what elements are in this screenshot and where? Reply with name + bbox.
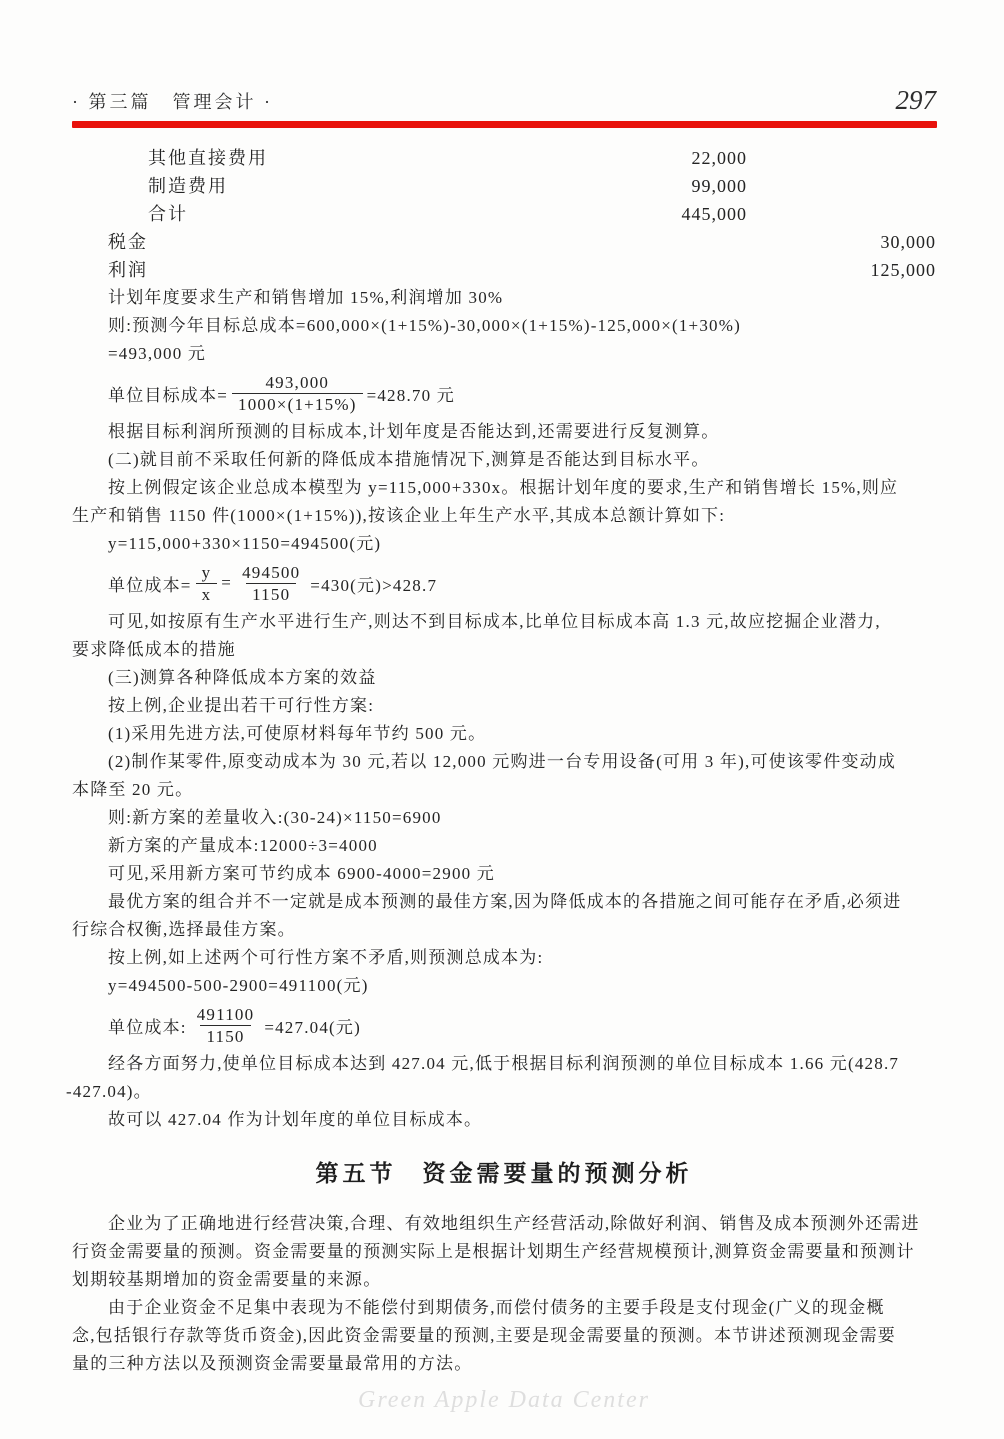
text-line: 要求降低成本的措施 bbox=[72, 636, 936, 664]
section-title: 资金需要量的预测分析 bbox=[423, 1161, 693, 1186]
formula-prefix: 单位成本: bbox=[108, 1013, 187, 1038]
text-line: (二)就目前不采取任何新的降低成本措施情况下,测算是否能达到目标水平。 bbox=[72, 446, 936, 474]
body-text: 计划年度要求生产和销售增加 15%,利润增加 30% 则:预测今年目标总成本=6… bbox=[72, 284, 936, 1134]
text-line: 念,包括银行存款等货币资金),因此资金需要量的预测,主要是现金需要量的预测。本节… bbox=[72, 1322, 936, 1350]
section-heading: 第五节资金需要量的预测分析 bbox=[72, 1156, 936, 1192]
table-row: 制造费用 99,000 bbox=[72, 172, 936, 200]
table-row: 税金 30,000 bbox=[72, 228, 936, 256]
table-row: 其他直接费用 22,000 bbox=[72, 144, 936, 172]
formula-target-unit-cost: 单位目标成本= 493,000 1000×(1+15%) =428.70 元 bbox=[72, 368, 936, 418]
fraction-numerator: 493,000 bbox=[259, 372, 335, 393]
text-line: 可见,采用新方案可节约成本 6900-4000=2900 元 bbox=[72, 860, 936, 888]
row-value: 125,000 bbox=[871, 256, 937, 284]
text-line: 则:预测今年目标总成本=600,000×(1+15%)-30,000×(1+15… bbox=[72, 312, 936, 340]
fraction-numerator: y bbox=[196, 562, 218, 583]
fraction-denominator: 1000×(1+15%) bbox=[232, 393, 363, 415]
text-line: 故可以 427.04 作为计划年度的单位目标成本。 bbox=[72, 1106, 936, 1134]
formula-unit-cost-check: 单位成本= y x = 494500 1150 =430(元)>428.7 bbox=[72, 558, 936, 608]
page-number: 297 bbox=[896, 86, 937, 114]
fraction: 493,000 1000×(1+15%) bbox=[232, 372, 363, 415]
row-label: 合计 bbox=[72, 204, 188, 224]
text-line: y=115,000+330×1150=494500(元) bbox=[72, 530, 936, 558]
text-line: 由于企业资金不足集中表现为不能偿付到期债务,而偿付债务的主要手段是支付现金(广义… bbox=[72, 1294, 936, 1322]
text-line: (三)测算各种降低成本方案的效益 bbox=[72, 664, 936, 692]
section-number: 第五节 bbox=[316, 1161, 397, 1186]
fraction-denominator: 1150 bbox=[200, 1025, 250, 1047]
text-line: 经各方面努力,使单位目标成本达到 427.04 元,低于根据目标利润预测的单位目… bbox=[72, 1050, 936, 1078]
text-line: 按上例,企业提出若干可行性方案: bbox=[72, 692, 936, 720]
table-row: 利润 125,000 bbox=[72, 256, 936, 284]
fraction: 491100 1150 bbox=[191, 1004, 261, 1047]
fraction: y x bbox=[196, 562, 218, 605]
text-line: 可见,如按原有生产水平进行生产,则达不到目标成本,比单位目标成本高 1.3 元,… bbox=[72, 608, 936, 636]
text-line: y=494500-500-2900=491100(元) bbox=[72, 972, 936, 1000]
breadcrumb: · 第三篇 管理会计 · bbox=[72, 88, 273, 114]
text-line: 新方案的产量成本:12000÷3=4000 bbox=[72, 832, 936, 860]
text-line: (2)制作某零件,原变动成本为 30 元,若以 12,000 元购进一台专用设备… bbox=[72, 748, 936, 776]
section-paragraphs: 企业为了正确地进行经营决策,合理、有效地组织生产经营活动,除做好利润、销售及成本… bbox=[72, 1210, 936, 1378]
text-line: -427.04)。 bbox=[72, 1078, 936, 1106]
text-line: 计划年度要求生产和销售增加 15%,利润增加 30% bbox=[72, 284, 936, 312]
row-label: 利润 bbox=[72, 260, 148, 280]
fraction-denominator: x bbox=[196, 583, 218, 605]
text-line: 最优方案的组合并不一定就是成本预测的最佳方案,因为降低成本的各措施之间可能存在矛… bbox=[72, 888, 936, 916]
text-line: 划期较基期增加的资金需要量的来源。 bbox=[72, 1266, 936, 1294]
text-line: 则:新方案的差量收入:(30-24)×1150=6900 bbox=[72, 804, 936, 832]
formula-prefix: 单位成本= bbox=[108, 571, 192, 596]
row-value: 22,000 bbox=[692, 144, 748, 172]
text-line: (1)采用先进方法,可使原材料每年节约 500 元。 bbox=[72, 720, 936, 748]
formula-suffix: =430(元)>428.7 bbox=[310, 571, 437, 596]
formula-unit-cost-final: 单位成本: 491100 1150 =427.04(元) bbox=[72, 1000, 936, 1050]
text-line: =493,000 元 bbox=[72, 340, 936, 368]
formula-suffix: =428.70 元 bbox=[367, 381, 455, 406]
text-line: 按上例,如上述两个可行性方案不矛盾,则预测总成本为: bbox=[72, 944, 936, 972]
document-page: · 第三篇 管理会计 · 297 其他直接费用 22,000 制造费用 99,0… bbox=[0, 0, 1004, 1439]
header-rule-divider bbox=[72, 121, 937, 128]
cost-table: 其他直接费用 22,000 制造费用 99,000 合计 445,000 税金 … bbox=[72, 144, 936, 284]
text-line: 根据目标利润所预测的目标成本,计划年度是否能达到,还需要进行反复测算。 bbox=[72, 418, 936, 446]
text-line: 按上例假定该企业总成本模型为 y=115,000+330x。根据计划年度的要求,… bbox=[72, 474, 936, 502]
text-line: 行综合权衡,选择最佳方案。 bbox=[72, 916, 936, 944]
text-line: 企业为了正确地进行经营决策,合理、有效地组织生产经营活动,除做好利润、销售及成本… bbox=[72, 1210, 936, 1238]
table-row: 合计 445,000 bbox=[72, 200, 936, 228]
text-line: 本降至 20 元。 bbox=[72, 776, 936, 804]
row-value: 30,000 bbox=[881, 228, 937, 256]
text-line: 量的三种方法以及预测资金需要量最常用的方法。 bbox=[72, 1350, 936, 1378]
watermark: Green Apple Data Center bbox=[72, 1384, 936, 1416]
page-header: · 第三篇 管理会计 · 297 bbox=[72, 86, 936, 114]
row-value: 445,000 bbox=[682, 200, 748, 228]
row-label: 制造费用 bbox=[72, 176, 228, 196]
row-label: 其他直接费用 bbox=[72, 148, 268, 168]
formula-prefix: 单位目标成本= bbox=[108, 381, 228, 406]
formula-equals: = bbox=[221, 573, 232, 593]
row-value: 99,000 bbox=[692, 172, 748, 200]
formula-suffix: =427.04(元) bbox=[264, 1013, 361, 1038]
fraction: 494500 1150 bbox=[236, 562, 306, 605]
fraction-numerator: 491100 bbox=[191, 1004, 261, 1025]
row-label: 税金 bbox=[72, 232, 148, 252]
text-line: 行资金需要量的预测。资金需要量的预测实际上是根据计划期生产经营规模预计,测算资金… bbox=[72, 1238, 936, 1266]
fraction-denominator: 1150 bbox=[246, 583, 296, 605]
text-line: 生产和销售 1150 件(1000×(1+15%)),按该企业上年生产水平,其成… bbox=[72, 502, 936, 530]
fraction-numerator: 494500 bbox=[236, 562, 306, 583]
